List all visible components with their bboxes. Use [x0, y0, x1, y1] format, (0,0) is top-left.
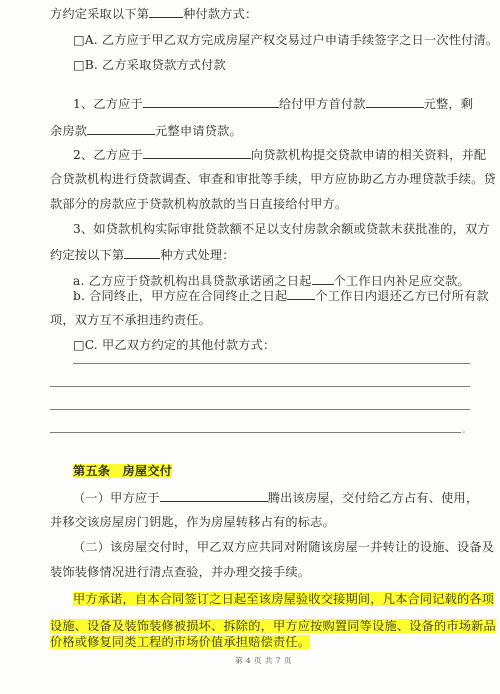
text: 约定按以下第	[50, 248, 124, 262]
text-line: 并移交该房屋房门钥匙，作为房屋转移占有的标志。	[50, 513, 470, 531]
blank-field	[124, 245, 160, 259]
option-b: □B. 乙方采取贷款方式付款	[73, 56, 470, 74]
text-line: 项，双方互不承担违约责任。	[50, 311, 470, 329]
blank-rule	[50, 409, 470, 410]
end-mark: 。	[462, 424, 470, 435]
section-heading: 第五条 房屋交付	[73, 462, 470, 480]
blank-field	[143, 145, 251, 159]
blank-rule	[50, 386, 470, 387]
text: 元整申请贷款。	[155, 124, 242, 138]
blank-field	[143, 94, 279, 108]
highlighted-text: 价格或修复同类工程的市场价值承担赔偿责任。	[50, 635, 310, 649]
text: 方约定采取以下第	[50, 7, 149, 21]
option-a-text: □A. 乙方应于甲乙双方完成房屋产权交易过户申请手续签字之日一次性付清。	[73, 33, 498, 47]
option-a: □A. 乙方应于甲乙双方完成房屋产权交易过户申请手续签字之日一次性付清。	[73, 31, 470, 49]
text: 元整，剩	[424, 97, 474, 111]
blank-field	[287, 286, 315, 300]
blank-rule	[50, 432, 461, 433]
text-line: 3、如贷款机构实际审批贷款额不足以支付房款余额或贷款未获批准的，双方	[73, 220, 470, 238]
text: b. 合同终止，甲方应在合同终止之日起	[73, 289, 287, 303]
text: 1、乙方应于	[73, 97, 143, 111]
option-b-sub: b. 合同终止，甲方应在合同终止之日起个工作日内退还乙方已付所有款	[73, 286, 470, 305]
option-b-text: □B. 乙方采取贷款方式付款	[73, 58, 226, 72]
text: 种方式处理：	[160, 248, 234, 262]
text: 向贷款机构提交贷款申请的相关资料，并配	[251, 148, 486, 162]
text-line: 约定按以下第种方式处理：	[50, 245, 470, 264]
blank-field	[149, 4, 183, 18]
text-line: 2、乙方应于向贷款机构提交贷款申请的相关资料，并配	[73, 145, 470, 164]
text: 给付甲方首付款	[279, 97, 366, 111]
highlighted-line: 甲方承诺，自本合同签订之日起至该房屋验收交接期间，凡本合同记载的各项	[73, 590, 470, 608]
blank-field	[160, 488, 268, 502]
text-line: （二）该房屋交付时，甲乙双方应共同对附随该房屋一并转让的设施、设备及	[73, 538, 470, 556]
text: 个工作日内退还乙方已付所有款	[315, 289, 488, 303]
text: 腾出该房屋，交付给乙方占有、使用，	[268, 491, 479, 505]
text: 种付款方式：	[183, 7, 257, 21]
text: （一）甲方应于	[73, 491, 160, 505]
text-line: 装饰装修情况进行清点查验，并办理交接手续。	[50, 563, 470, 581]
section-title: 第五条 房屋交付	[73, 464, 172, 478]
text-line: 1、乙方应于给付甲方首付款元整，剩	[73, 94, 470, 113]
text-line: 款部分的房款应于贷款机构放款的当日直接给付甲方。	[50, 195, 470, 213]
page-number: 第 4 页 共 7 页	[235, 655, 292, 666]
highlighted-text: 设施、设备及装饰装修被损坏、拆除的，甲方应按购置同等设施、设备的市场新品	[50, 619, 496, 633]
text: 2、乙方应于	[73, 148, 143, 162]
blank-field	[312, 271, 334, 285]
option-c: □C. 甲乙双方约定的其他付款方式：	[73, 336, 470, 354]
document-page: 方约定采取以下第种付款方式： □A. 乙方应于甲乙双方完成房屋产权交易过户申请手…	[0, 0, 500, 694]
text-line: 余房款元整申请贷款。	[50, 121, 470, 140]
highlighted-text: 甲方承诺，自本合同签订之日起至该房屋验收交接期间，凡本合同记载的各项	[73, 592, 494, 606]
highlighted-line: 价格或修复同类工程的市场价值承担赔偿责任。	[50, 633, 470, 651]
text-line: 方约定采取以下第种付款方式：	[50, 4, 470, 23]
blank-field	[366, 94, 424, 108]
blank-rule	[73, 363, 470, 364]
text-line: （一）甲方应于腾出该房屋，交付给乙方占有、使用，	[73, 488, 470, 507]
blank-field	[87, 121, 155, 135]
text-line: 合贷款机构进行贷款调查、审查和审批等手续，甲方应协助乙方办理贷款手续。贷	[50, 170, 470, 188]
text: 余房款	[50, 124, 87, 138]
